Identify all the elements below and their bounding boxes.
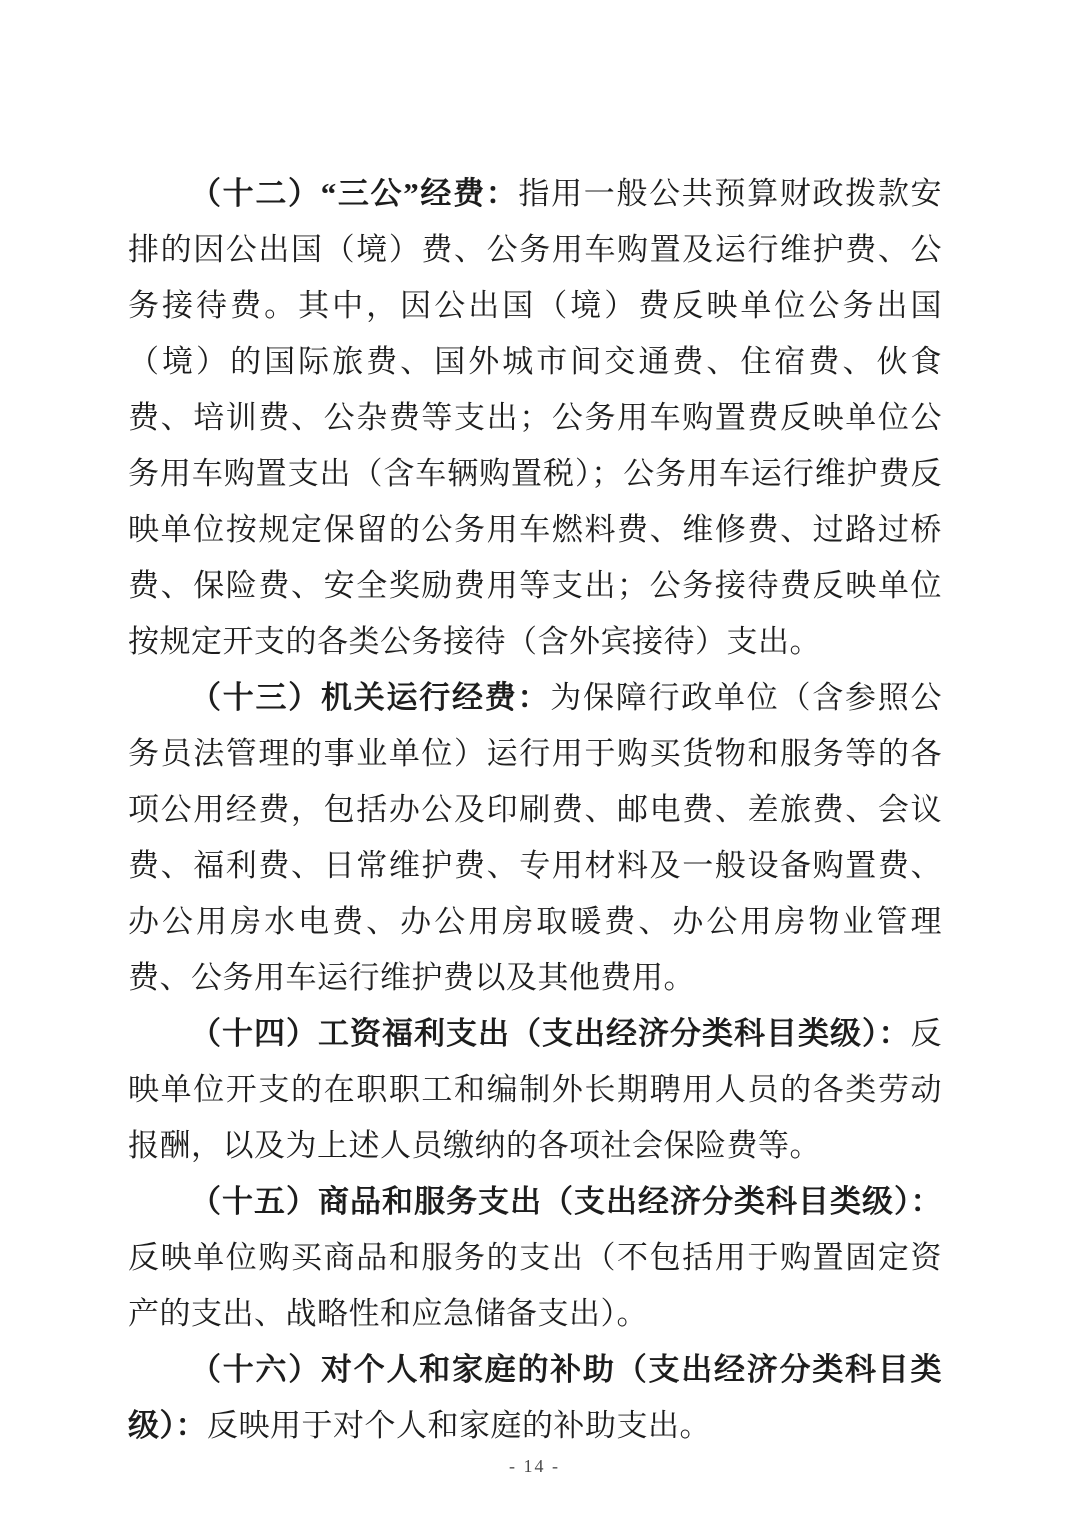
- paragraph-5: （十六）对个人和家庭的补助（支出经济分类科目类级）：反映用于对个人和家庭的补助支…: [128, 1342, 942, 1454]
- paragraph-1: （十二）“三公”经费：指用一般公共预算财政拨款安排的因公出国（境）费、公务用车购…: [128, 166, 942, 670]
- paragraph-body: 反映用于对个人和家庭的补助支出。: [207, 1408, 711, 1443]
- paragraph-body: 反映单位购买商品和服务的支出（不包括用于购置固定资产的支出、战略性和应急储备支出…: [128, 1240, 942, 1331]
- paragraph-body: 指用一般公共预算财政拨款安排的因公出国（境）费、公务用车购置及运行维护费、公务接…: [128, 176, 942, 659]
- document-page: （十二）“三公”经费：指用一般公共预算财政拨款安排的因公出国（境）费、公务用车购…: [0, 0, 1069, 1515]
- paragraph-3: （十四）工资福利支出（支出经济分类科目类级）：反映单位开支的在职职工和编制外长期…: [128, 1006, 942, 1174]
- paragraph-4: （十五）商品和服务支出（支出经济分类科目类级）：反映单位购买商品和服务的支出（不…: [128, 1174, 942, 1342]
- page-number: - 14 -: [0, 1456, 1069, 1477]
- paragraph-heading: （十二）“三公”经费：: [190, 176, 518, 211]
- paragraph-2: （十三）机关运行经费：为保障行政单位（含参照公务员法管理的事业单位）运行用于购买…: [128, 670, 942, 1006]
- paragraph-heading: （十五）商品和服务支出（支出经济分类科目类级）：: [190, 1184, 942, 1219]
- paragraph-body: 为保障行政单位（含参照公务员法管理的事业单位）运行用于购买货物和服务等的各项公用…: [128, 680, 942, 995]
- paragraph-heading: （十三）机关运行经费：: [190, 680, 550, 715]
- paragraph-heading: （十四）工资福利支出（支出经济分类科目类级）：: [190, 1016, 911, 1051]
- document-body-text: （十二）“三公”经费：指用一般公共预算财政拨款安排的因公出国（境）费、公务用车购…: [128, 166, 942, 1454]
